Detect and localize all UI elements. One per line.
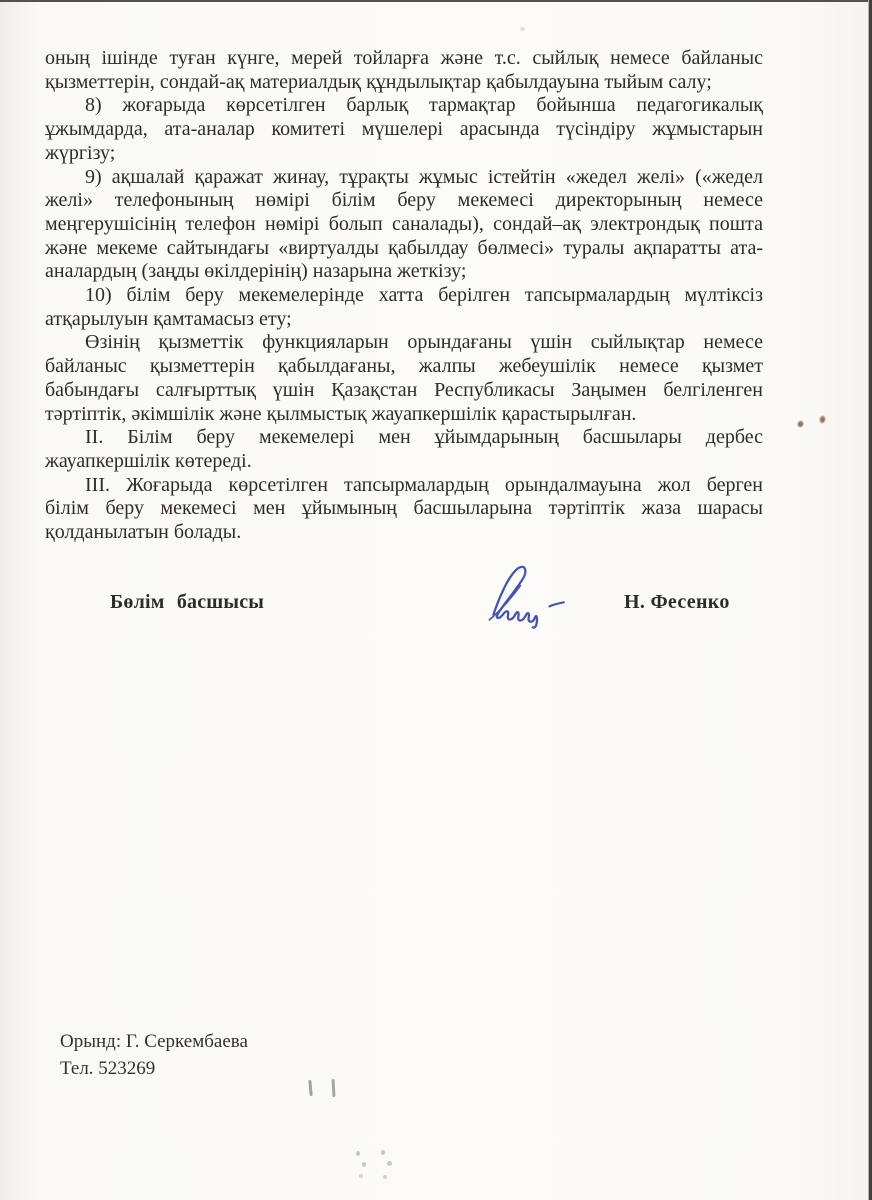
scan-edge-top <box>0 0 872 2</box>
scan-artifact <box>308 1080 312 1096</box>
scan-artifact <box>796 419 806 429</box>
body-line: білім беру мекемесі мен ұйымының басшыла… <box>45 497 763 521</box>
body-line: ұжымдарда, ата-аналар комитеті мүшелері … <box>45 118 763 142</box>
body-line: атқарылуын қамтамасыз ету; <box>45 308 763 332</box>
body-line: тәртіптік, әкімшілік және қылмыстық жауа… <box>45 403 763 427</box>
body-line: меңгерушісінің телефон нөмірі болып сана… <box>45 213 763 237</box>
body-line: жүргізу; <box>45 142 763 166</box>
body-line: II. Білім беру мекемелері мен ұйымдарыны… <box>45 426 763 450</box>
body-line: қолданылатын болады. <box>45 521 763 545</box>
body-line: 10) білім беру мекемелерінде хатта беріл… <box>45 284 763 308</box>
body-line: қызметтерін, сондай-ақ материалдық құнды… <box>45 71 763 95</box>
body-line: желі» телефонының нөмірі білім беру меке… <box>45 189 763 213</box>
scan-artifact <box>359 1174 363 1178</box>
body-line: 8) жоғарыда көрсетілген барлық тармақтар… <box>45 94 763 118</box>
body-line: бабындағы салғырттық үшін Қазақстан Респ… <box>45 379 763 403</box>
scan-artifact <box>356 1151 360 1156</box>
signatory-role-label: Бөлім басшысы <box>110 591 264 614</box>
scan-artifact <box>387 1161 392 1166</box>
scanned-document-page: оның ішінде туған күнге, мерей тойларға … <box>0 0 872 1200</box>
body-line: III. Жоғарыда көрсетілген тапсырмалардың… <box>45 474 763 498</box>
body-line: Өзінің қызметтік функцияларын орындағаны… <box>45 331 763 355</box>
scan-artifact <box>381 1150 385 1155</box>
scan-artifact <box>520 27 525 31</box>
scan-artifact <box>818 414 826 424</box>
scan-artifact <box>332 1079 336 1097</box>
body-line: және мекеме сайтындағы «виртуалды қабылд… <box>45 237 763 261</box>
executor-block: Орынд: Г. Серкембаева Тел. 523269 <box>60 1029 248 1082</box>
body-line: аналардың (заңды өкілдерінің) назарына ж… <box>45 260 763 284</box>
body-line: оның ішінде туған күнге, мерей тойларға … <box>45 47 763 71</box>
executor-line: Орынд: Г. Серкембаева <box>60 1029 248 1056</box>
document-body: оның ішінде туған күнге, мерей тойларға … <box>45 47 763 545</box>
body-line: жауапкершілік көтереді. <box>45 450 763 474</box>
scan-artifact <box>362 1162 366 1167</box>
body-line: байланыс қызметтерін қабылдағаны, жалпы … <box>45 355 763 379</box>
signatory-name: Н. Фесенко <box>624 591 730 614</box>
handwritten-signature-ink <box>481 561 595 629</box>
phone-line: Тел. 523269 <box>60 1056 248 1083</box>
body-line: 9) ақшалай қаражат жинау, тұрақты жұмыс … <box>45 166 763 190</box>
scan-artifact <box>383 1175 387 1179</box>
